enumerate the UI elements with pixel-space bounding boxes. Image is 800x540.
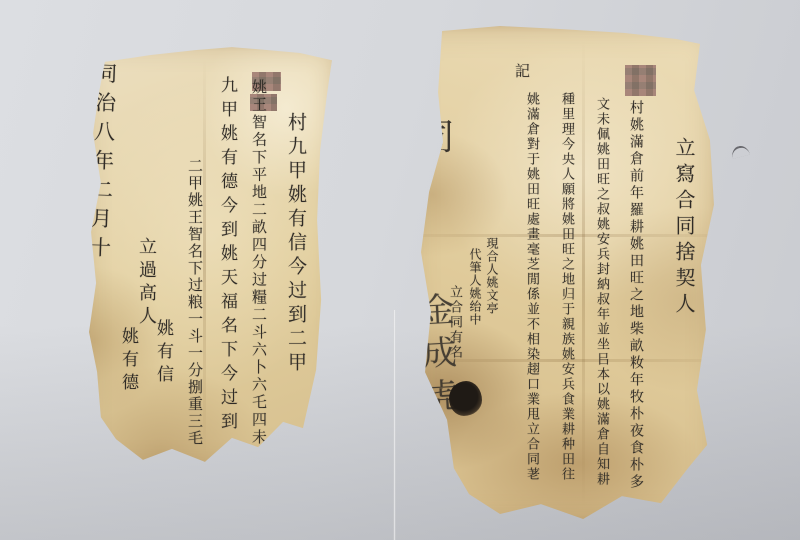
right-document: 立寫合同捨契人 村姚滿倉前年羅耕姚田旺之地柴畝籹年牧朴夜食朴多 文未佩姚田旺之叔… [408,25,718,523]
contract-title-column: 立寫合同捨契人 [674,137,694,319]
ink-blot [449,381,482,416]
party-column: 代筆人姚绐中 [469,248,481,326]
contract-text-column: 種里理今央人願將姚田旺之地归于親族姚安兵食業耕种田往 [560,92,573,482]
paper-crease [582,40,585,508]
party-name: 姚文亭 [485,276,499,315]
deed-text-column: 二甲姚王智名下过粮一斗一分捌重三毛 [187,158,202,447]
signature-name: 姚有德 [119,327,136,396]
party-column: 現合人姚文亭 [486,237,498,315]
redaction-mosaic [625,65,656,96]
backdrop-fold-seam [393,310,396,540]
date-column: 民国卅叁年拾月拾贰日 [399,57,437,227]
joint-half-character: 同 [437,117,452,159]
side-note-column: 字人 [327,299,342,337]
deed-text-column: 村九甲姚有信今过到二甲 [286,112,305,376]
ji-mark: 記 [514,63,529,78]
deed-text-column: 姚王智名下平地二畝四分过糧二斗六卜六乇四未 [251,79,266,447]
signature-name: 姚有信 [154,319,171,388]
party-label: 代筆人 [468,248,482,287]
signature-label-column: 立過高人 [137,237,155,329]
contract-text-column: 村姚滿倉前年羅耕姚田旺之地柴畝籹年牧朴夜食朴多 [629,100,643,491]
contract-text-column: 文未佩姚田旺之叔姚安兵封納叔年並坐㠯本以姚滿倉自知耕 [595,97,608,487]
deed-text-column: 九甲姚有德今到姚天福名下今过到 [218,76,235,436]
date-column: 同治八年二月十 [88,62,116,266]
party-name: 姚绐中 [468,287,482,326]
photo-backdrop: 村九甲姚有信今过到二甲 字人 姚王智名下平地二畝四分过糧二斗六卜六乇四未 九甲姚… [0,0,800,540]
contract-text-column: 姚滿倉對于姚田旺處畫毫芝閒係並不相染趐口業甩立合同荖 [525,92,538,482]
left-document-surface: 村九甲姚有信今过到二甲 字人 姚王智名下平地二畝四分过糧二斗六卜六乇四未 九甲姚… [85,45,337,467]
right-document-surface: 立寫合同捨契人 村姚滿倉前年羅耕姚田旺之地柴畝籹年牧朴夜食朴多 文未佩姚田旺之叔… [408,25,718,523]
party-label: 現合人 [485,237,499,276]
left-document: 村九甲姚有信今过到二甲 字人 姚王智名下平地二畝四分过糧二斗六卜六乇四未 九甲姚… [85,45,337,467]
ink-dot [439,451,445,457]
stray-pen-mark [730,144,750,159]
